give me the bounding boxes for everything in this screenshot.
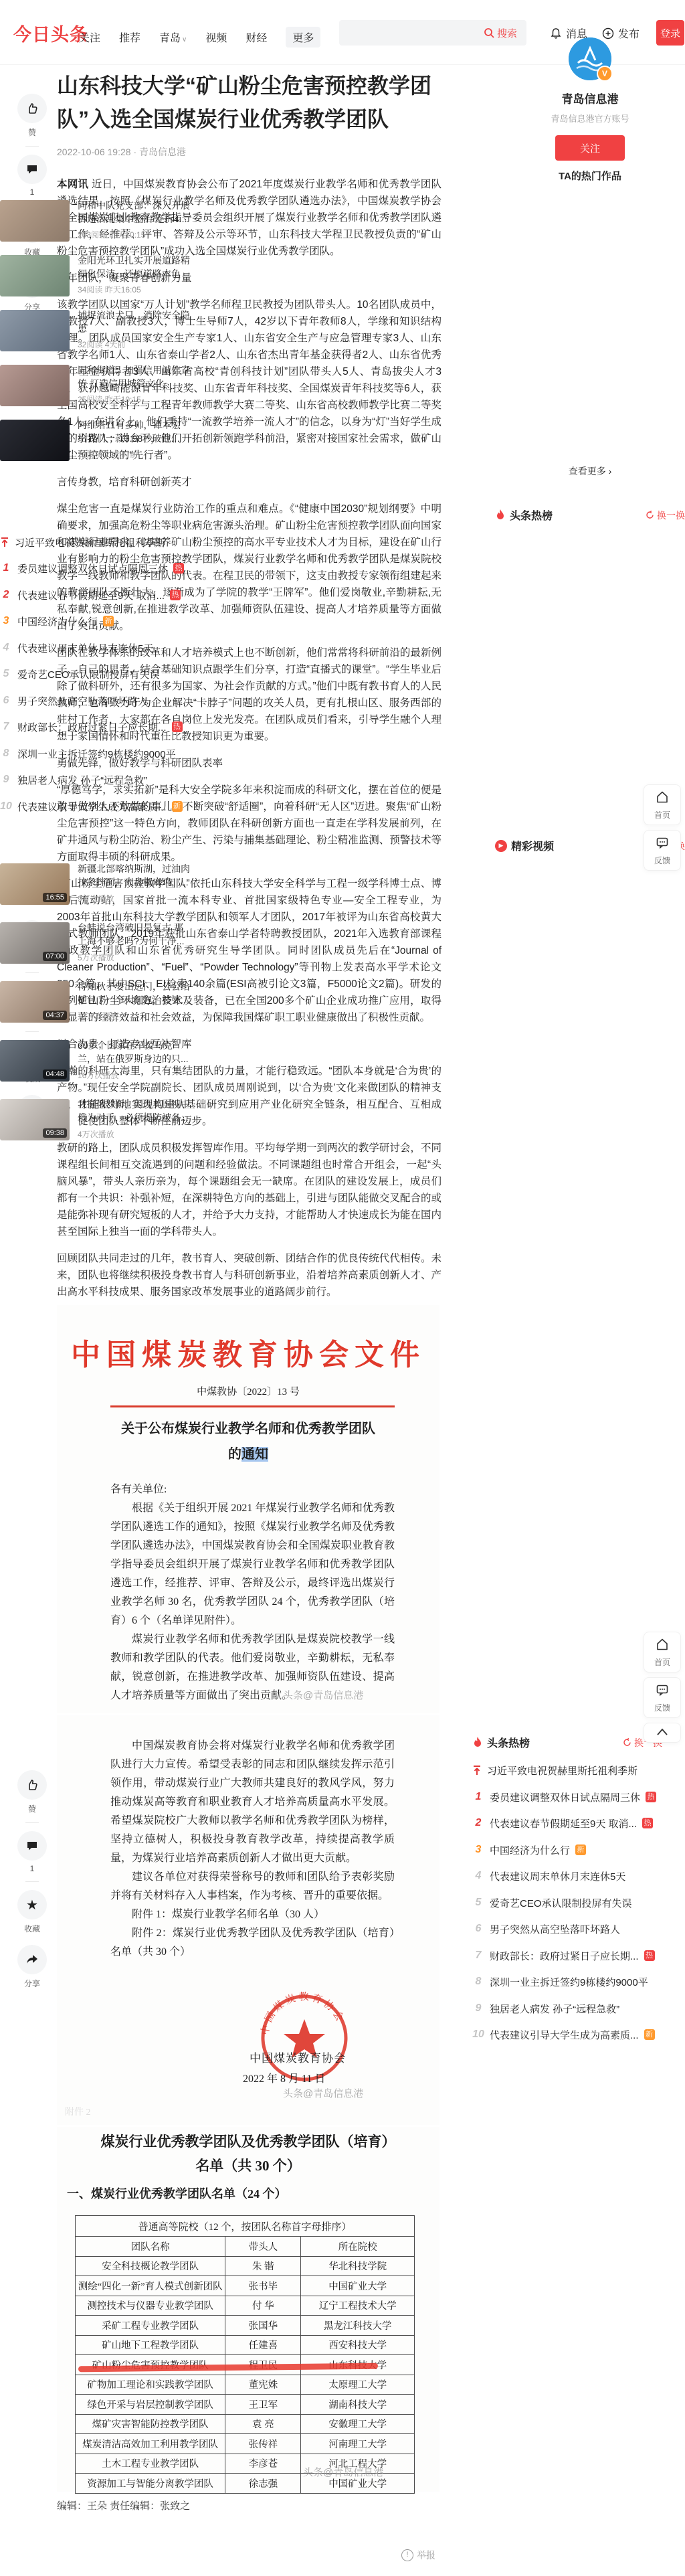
doc-number: 中煤教协〔2022〕13 号 xyxy=(57,1384,439,1398)
comment-button[interactable] xyxy=(17,1831,47,1861)
work-thumbnail xyxy=(0,365,70,406)
divider xyxy=(25,972,39,973)
back-top-button[interactable] xyxy=(644,1723,681,1743)
new-badge: 新 xyxy=(172,801,183,812)
video-item[interactable]: 04:37 得知秋子要出远门，公公给她包了一个大红包，婆婆...17万次播放 xyxy=(0,980,190,1031)
nav-follow[interactable]: 关注 xyxy=(79,29,100,45)
seal-org-text: 中国煤炭教育协会 xyxy=(250,2049,346,2065)
hot-board-header: 头条热榜 换一换 xyxy=(472,1735,662,1750)
article-action-bar: 赞 1 ★ 收藏 分享 xyxy=(17,1770,47,1989)
nav-video[interactable]: 视频 xyxy=(205,29,227,45)
table-row: 测绘“四化一新”育人模式创新团队张书毕中国矿业大学 xyxy=(76,2276,415,2296)
video-title: 台蛙说台湾破旧是复古 那上海不够老吗?为何干净... xyxy=(78,921,190,948)
feedback-icon xyxy=(656,1683,669,1697)
lede-label: 本网讯 xyxy=(57,179,88,190)
document-image-1: 中国煤炭教育协会文件 中煤教协〔2022〕13 号 关于公布煤炭行业教学名师和优… xyxy=(57,1305,439,1713)
video-title: 60多个国家在军援乌克兰，站在俄罗斯身边的只... xyxy=(78,1039,190,1065)
comment-icon xyxy=(25,1839,39,1853)
time: 4天前 xyxy=(105,340,126,349)
play-count: 16万次播放 xyxy=(78,1069,190,1081)
comment-count: 1 xyxy=(17,1864,47,1873)
watermark: 头条@青岛信息港 xyxy=(303,2465,383,2479)
col-header-team: 团队名称 xyxy=(76,2237,225,2257)
view-more-link[interactable]: 查看更多 › xyxy=(495,464,685,478)
hot-item[interactable]: 3中国经济为什么行新 xyxy=(472,1840,662,1860)
watermark: 头条@青岛信息港 xyxy=(283,1688,363,1702)
highlighted-text: 通知 xyxy=(241,1447,268,1462)
share-button[interactable] xyxy=(17,1945,47,1974)
doc-body: 中国煤炭教育协会将对煤炭行业教学名师和优秀教学团队进行大力宣传。希望受表彰的同志… xyxy=(110,1737,395,1962)
col-header-college: 所在院校 xyxy=(301,2237,415,2257)
article-meta: 2022-10-06 19:28 · 青岛信息港 xyxy=(57,145,442,159)
read-count: 25阅读 xyxy=(78,395,102,404)
play-count: 9万次播放 xyxy=(78,893,190,904)
table-row: 采矿工程专业教学团队张国华黑龙江科技大学 xyxy=(76,2316,415,2336)
feedback-icon xyxy=(656,836,669,849)
hot-item[interactable]: 7财政部长：政府过紧日子应长期...热 xyxy=(472,1946,662,1966)
new-badge: 新 xyxy=(575,1844,586,1855)
time: 昨天16:05 xyxy=(105,285,141,294)
hot-item[interactable]: 1委员建议调整双休日试点隔周三休热 xyxy=(472,1787,662,1807)
pinned-arrow-icon xyxy=(0,537,9,547)
thumbs-up-icon xyxy=(25,1778,39,1792)
divider xyxy=(25,146,39,147)
hot-badge: 热 xyxy=(644,1950,655,1961)
nav-finance[interactable]: 财经 xyxy=(246,29,267,45)
work-thumbnail xyxy=(0,200,70,242)
hot-item[interactable]: 9独居老人病发 孙子“远程急救” xyxy=(0,770,190,790)
work-title: 同和中队党支部：深入开展拆违治乱集中整治 连拆4... xyxy=(78,199,190,226)
faint-attachment-note: 附件 2 xyxy=(65,2105,91,2118)
video-title: 我挺俄罗斯，因为美国视中俄为对手，必须提防被各... xyxy=(78,1098,190,1124)
work-title: 金阳光环卫扎实开展道路精细化保洁，还原道路本色 xyxy=(78,254,190,280)
doc-attachment-1: 附件 1：煤炭行业教学名师名单（30 人） xyxy=(110,1905,395,1924)
hot-item[interactable]: 4代表建议周末单休月末连休5天 xyxy=(472,1866,662,1886)
video-title: 得知秋子要出远门，公公给她包了一个大红包，婆婆... xyxy=(78,980,190,1007)
nav-qingdao[interactable]: 青岛∨ xyxy=(159,29,187,45)
video-thumbnail: 16:55 xyxy=(0,863,70,905)
hot-item[interactable]: 2代表建议春节假期延至9天 取消...热 xyxy=(0,585,190,605)
report-icon: ! xyxy=(401,2549,413,2561)
hot-item[interactable]: 6男子突然从高空坠落吓坏路人 xyxy=(0,691,190,711)
nav-more[interactable]: 更多 xyxy=(286,27,320,48)
subhead: 言传身教，培育科研创新英才 xyxy=(57,474,442,491)
hot-item[interactable]: 6男子突然从高空坠落吓坏路人 xyxy=(472,1919,662,1939)
watermark: 头条@青岛信息港 xyxy=(283,2086,363,2100)
video-item[interactable]: 09:38 我挺俄罗斯，因为美国视中俄为对手，必须提防被各...4万次播放 xyxy=(0,1098,190,1148)
work-title: 捕捉流浪犬只，消除安全隐患 xyxy=(78,309,190,335)
video-item[interactable]: 07:00 台蛙说台湾破旧是复古 那上海不够老吗?为何干净...5万次播放 xyxy=(0,921,190,972)
attachment-title-line2: 名单（共 30 个） xyxy=(57,2155,439,2175)
pinned-arrow-icon xyxy=(472,1765,482,1776)
work-item[interactable]: 同和中队党支部：深入开展拆违治乱集中整治 连拆4... 203阅读 昨天10:1… xyxy=(0,197,190,247)
hot-item[interactable]: 7财政部长：政府过紧日子应长期...热 xyxy=(0,717,190,737)
table-row: 矿物加工理论和实践教学团队董宪姝太原理工大学 xyxy=(76,2375,415,2395)
like-button[interactable] xyxy=(17,94,47,123)
doc-paragraph: 建议各单位对获得荣誉称号的教师和团队给予表彰奖励并将有关材料存入人事档案，作为考… xyxy=(110,1868,395,1905)
seal-date: 2022 年 8 月 11 日 xyxy=(243,2070,325,2085)
report-button[interactable]: ! 举报 xyxy=(401,2549,435,2562)
play-count: 4万次播放 xyxy=(78,1128,190,1140)
table-row: 矿山地下工程教学团队任建喜西安科技大学 xyxy=(76,2335,415,2355)
video-thumbnail: 04:37 xyxy=(0,981,70,1023)
attachment-title-line1: 煤炭行业优秀教学团队及优秀教学团队（培育） xyxy=(57,2131,439,2151)
hot-works-header: TA的热门作品 xyxy=(495,169,685,183)
document-image-3: 煤炭行业优秀教学团队及优秀教学团队（培育） 名单（共 30 个） 一、煤炭行业优… xyxy=(57,2127,439,2492)
work-thumbnail xyxy=(0,255,70,296)
flame-icon xyxy=(495,509,506,521)
refresh-icon xyxy=(623,1738,631,1747)
home-button[interactable]: 首页 xyxy=(644,784,681,825)
teams-table: 普通高等院校（12 个，按团队名称首字母排序） 团队名称 带头人 所在院校 安全… xyxy=(75,2215,415,2494)
home-button[interactable]: 首页 xyxy=(644,1632,681,1672)
document-image-2: 中国煤炭教育协会将对煤炭行业教学名师和优秀教学团队进行大力宣传。希望受表彰的同志… xyxy=(57,1715,439,2125)
hot-item[interactable]: 2代表建议春节假期延至9天 取消...热 xyxy=(472,1813,662,1833)
chevron-down-icon: ∨ xyxy=(182,36,187,44)
doc-body: 各有关单位: 根据《关于组织开展 2021 年煤炭行业教学名师和优秀教学团队遴选… xyxy=(110,1480,395,1705)
table-merged-header: 普通高等院校（12 个，按团队名称首字母排序） xyxy=(76,2216,415,2237)
hot-badge: 热 xyxy=(642,1818,653,1828)
hot-item[interactable]: 10代表建议引导大学生成为高素质...新 xyxy=(472,2025,662,2045)
doc-subject-line1: 关于公布煤炭行业教学名师和优秀教学团队 xyxy=(57,1418,439,1437)
nav-recommend[interactable]: 推荐 xyxy=(119,29,140,45)
work-title: 阿维塔11有多帅，谭本宏给我们一款3.98秒破百的“... xyxy=(78,418,190,445)
hot-item-top[interactable]: 习近平致电祝贺赫里斯托祖利季斯 xyxy=(0,532,190,552)
hot-badge: 热 xyxy=(173,563,184,574)
hot-item[interactable]: 10代表建议引导大学生成为高素质...新 xyxy=(0,796,190,817)
col-header-leader: 带头人 xyxy=(225,2237,301,2257)
work-thumbnail xyxy=(0,420,70,461)
time: 昨天10:15 xyxy=(105,395,141,404)
author-card: V 青岛信息港 青岛信息港官方账号 关注 xyxy=(495,37,685,161)
paragraph: 回顾团队共同走过的几年，教书育人、突破创新、团结合作的优良传统代代相传。未来，团… xyxy=(57,1250,442,1300)
share-icon xyxy=(25,1953,39,1966)
hot-badge: 热 xyxy=(170,590,181,600)
like-button[interactable] xyxy=(17,1770,47,1800)
hot-item[interactable]: 1委员建议调整双休日试点隔周三休热 xyxy=(0,558,190,578)
hot-item[interactable]: 5爱奇艺CEO承认限制投屏有失误 xyxy=(0,664,190,684)
video-thumbnail: 09:38 xyxy=(0,1099,70,1140)
video-duration: 07:00 xyxy=(43,952,67,961)
play-icon: ▶ xyxy=(495,840,507,852)
hot-item[interactable]: 8深圳一业主拆迁签约9栋楼约9000平 xyxy=(0,744,190,764)
work-item[interactable]: 捕捉流浪犬只，消除安全隐患 32阅读 4天前 xyxy=(0,307,190,357)
refresh-icon xyxy=(646,511,654,519)
search-icon xyxy=(484,27,494,38)
thumbs-up-icon xyxy=(25,102,39,115)
read-count: 23阅读 xyxy=(78,450,102,459)
table-row: 绿色开采与岩层控制教学团队王卫军湖南科技大学 xyxy=(76,2395,415,2415)
play-count: 5万次播放 xyxy=(78,952,190,963)
up-arrow-icon xyxy=(656,1727,668,1737)
favorite-button[interactable]: ★ xyxy=(17,1890,47,1919)
new-badge: 新 xyxy=(644,2029,655,2040)
feedback-button[interactable]: 反馈 xyxy=(644,1677,681,1718)
paragraph: 教研的路上，团队成员积极发挥智库作用。平均每学期一到两次的教学研讨会，不同课程组… xyxy=(57,1140,442,1240)
table-row: 煤炭清洁高效加工利用教学团队张传祥河南理工大学 xyxy=(76,2434,415,2454)
comment-count: 1 xyxy=(17,187,47,197)
paragraph: “厚德笃学，求实拓新”是科大安全学院多年来积淀而成的科研文化，摆在首位的便是敢于… xyxy=(57,782,442,865)
hot-item[interactable]: 9独居老人病发 孙子“远程急救” xyxy=(472,1998,662,2019)
work-item[interactable]: 阿维塔11有多帅，谭本宏给我们一款3.98秒破百的“... 23阅读 23小时前 xyxy=(0,417,190,466)
hot-item[interactable]: 8深圳一业主拆迁签约9栋楼约9000平 xyxy=(472,1972,662,1992)
feedback-button[interactable]: 反馈 xyxy=(644,830,681,871)
comment-button[interactable] xyxy=(17,155,47,184)
hot-badge: 热 xyxy=(172,721,183,732)
doc-paragraph: 根据《关于组织开展 2021 年煤炭行业教学名师和优秀教学团队遴选工作的通知》，… xyxy=(110,1499,395,1630)
video-thumbnail: 07:00 xyxy=(0,922,70,964)
main-nav: 关注 推荐 青岛∨ 视频 财经 更多 xyxy=(79,27,320,48)
new-badge: 新 xyxy=(103,616,114,626)
video-title: 新疆北部喀纳斯湖，过油肉拉条拌面，大盘椒麻鸡，... xyxy=(78,862,190,889)
video-duration: 04:48 xyxy=(43,1069,67,1079)
flame-icon xyxy=(472,1737,483,1749)
hot-item[interactable]: 3中国经济为什么行新 xyxy=(0,611,190,631)
video-duration: 09:38 xyxy=(43,1128,67,1138)
source-link[interactable]: 青岛信息港 xyxy=(139,147,186,157)
hot-item[interactable]: 5爱奇艺CEO承认限制投屏有失误 xyxy=(472,1893,662,1913)
home-icon xyxy=(656,1638,669,1651)
doc-red-rule xyxy=(110,1405,395,1407)
work-title: 同和街道：加强信用诚信宣传 打造信用城管文化 xyxy=(78,363,190,390)
read-count: 34阅读 xyxy=(78,285,102,294)
read-count: 203阅读 xyxy=(78,230,107,240)
table-row: 测控技术与仪器专业教学团队付 华辽宁工程技术大学 xyxy=(76,2296,415,2316)
favorite-label: 收藏 xyxy=(17,1923,47,1934)
toutiao-logo[interactable]: 今日头条 xyxy=(13,20,88,46)
page-title: 山东科技大学“矿山粉尘危害预控教学团队”入选全国煤炭行业优秀教学团队 xyxy=(57,69,442,136)
table-row: 安全科技概论教学团队朱 锴华北科技学院 xyxy=(76,2256,415,2276)
share-label: 分享 xyxy=(17,1978,47,1989)
section-heading: 一、煤炭行业优秀教学团队名单（24 个） xyxy=(67,2184,287,2202)
hot-works-section: TA的热门作品 xyxy=(495,169,685,183)
doc-paragraph: 中国煤炭教育协会将对煤炭行业教学名师和优秀教学团队进行大力宣传。希望受表彰的同志… xyxy=(110,1737,395,1868)
like-label: 赞 xyxy=(17,1803,47,1814)
table-row: 煤矿灾害智能防控教学团队袁 亮安徽理工大学 xyxy=(76,2414,415,2434)
follow-button[interactable]: 关注 xyxy=(555,135,625,161)
verified-badge: V xyxy=(597,66,613,82)
video-duration: 16:55 xyxy=(43,893,67,902)
author-desc: 青岛信息港官方账号 xyxy=(495,112,685,124)
work-item[interactable]: 金阳光环卫扎实开展道路精细化保洁，还原道路本色 34阅读 昨天16:05 xyxy=(0,252,190,302)
divider xyxy=(25,1031,39,1032)
time: 23小时前 xyxy=(105,450,138,459)
comment-icon xyxy=(25,163,39,176)
video-item[interactable]: 04:48 60多个国家在军援乌克兰，站在俄罗斯身边的只...16万次播放 xyxy=(0,1039,190,1090)
avatar[interactable]: V xyxy=(569,37,611,80)
hot-badge: 热 xyxy=(646,1792,656,1802)
search-input[interactable] xyxy=(339,20,474,46)
doc-attachment-2: 附件 2：煤炭行业优秀教学团队及优秀教学团队（培育）名单（共 30 个） xyxy=(110,1924,395,1962)
time: 昨天10:15 xyxy=(109,230,145,240)
divider xyxy=(25,1881,39,1882)
work-thumbnail xyxy=(0,310,70,351)
work-item[interactable]: 同和街道：加强信用诚信宣传 打造信用城管文化 25阅读 昨天10:15 xyxy=(0,362,190,412)
hot-item-top[interactable]: 习近平致电祝贺赫里斯托祖利季斯 xyxy=(472,1760,662,1780)
author-name[interactable]: 青岛信息港 xyxy=(495,90,685,106)
star-icon: ★ xyxy=(26,1897,38,1913)
play-count: 17万次播放 xyxy=(78,1011,190,1022)
video-duration: 04:37 xyxy=(43,1011,67,1020)
like-label: 赞 xyxy=(17,126,47,138)
doc-salutation: 各有关单位: xyxy=(110,1480,395,1499)
doc-subject-line2: 的通知 xyxy=(57,1443,439,1462)
read-count: 32阅读 xyxy=(78,340,102,349)
home-icon xyxy=(656,790,669,804)
hot-item[interactable]: 4代表建议周末单休月末连休5天 xyxy=(0,638,190,658)
video-item[interactable]: 16:55 新疆北部喀纳斯湖，过油肉拉条拌面，大盘椒麻鸡，...9万次播放 xyxy=(0,862,190,913)
divider xyxy=(25,1822,39,1823)
publish-date: 2022-10-06 19:28 xyxy=(57,147,131,157)
hot-board-header: 头条热榜 换一换 xyxy=(495,507,685,523)
video-thumbnail: 04:48 xyxy=(0,1040,70,1082)
refresh-button[interactable]: 换一换 xyxy=(646,509,685,522)
editor-credits: 编辑：王朵 责任编辑：张致之 xyxy=(57,2498,190,2512)
doc-org-title: 中国煤炭教育协会文件 xyxy=(57,1330,439,1373)
